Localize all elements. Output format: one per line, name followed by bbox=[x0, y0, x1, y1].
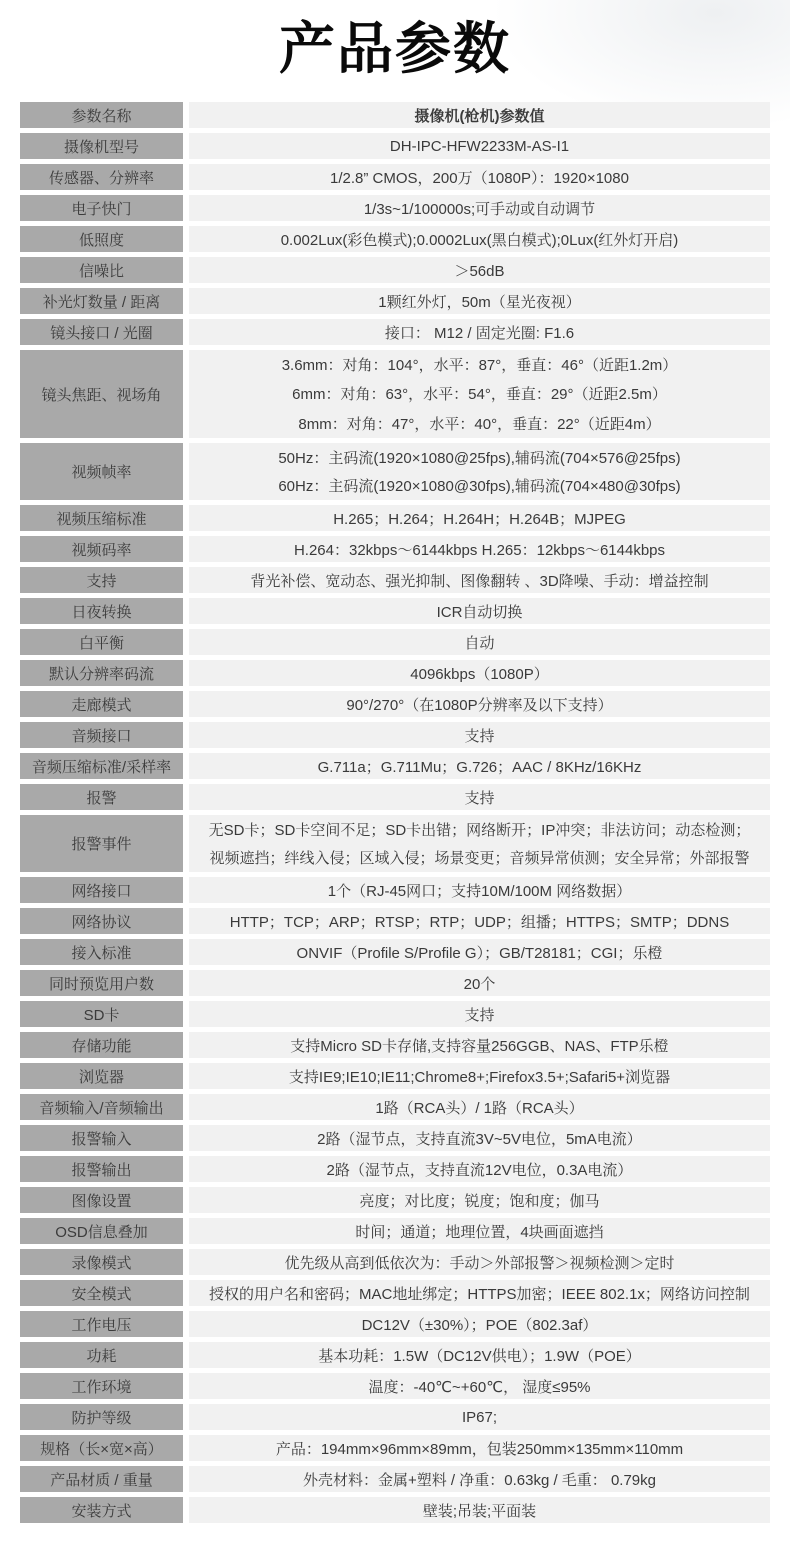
param-name-cell: 接入标准 bbox=[20, 939, 183, 965]
param-name-cell: 镜头焦距、视场角 bbox=[20, 350, 183, 438]
param-value-line: G.711a；G.711Mu；G.726；AAC / 8KHz/16KHz bbox=[195, 756, 764, 777]
param-value-cell: ICR自动切换 bbox=[189, 598, 770, 624]
param-value-line: 1个（RJ-45网口；支持10M/100M 网络数据） bbox=[195, 880, 764, 901]
table-row: 走廊模式 90°/270°（在1080P分辨率及以下支持） bbox=[20, 691, 770, 717]
param-name-cell: 安装方式 bbox=[20, 1497, 183, 1523]
param-name-cell: 报警事件 bbox=[20, 815, 183, 872]
param-value-line: 支持IE9;IE10;IE11;Chrome8+;Firefox3.5+;Saf… bbox=[195, 1066, 764, 1087]
param-value-cell: HTTP；TCP；ARP；RTSP；RTP；UDP；组播；HTTPS；SMTP；… bbox=[189, 908, 770, 934]
param-value-line: 时间；通道；地理位置，4块画面遮挡 bbox=[195, 1221, 764, 1242]
table-row: 报警输入 2路（湿节点，支持直流3V~5V电位，5mA电流） bbox=[20, 1125, 770, 1151]
param-name-cell: 音频压缩标准/采样率 bbox=[20, 753, 183, 779]
param-name-cell: 参数名称 bbox=[20, 102, 183, 128]
param-value-line: DH-IPC-HFW2233M-AS-I1 bbox=[195, 138, 764, 155]
param-value-line: 支持 bbox=[195, 1004, 764, 1025]
param-name-cell: 摄像机型号 bbox=[20, 133, 183, 159]
param-name-cell: 走廊模式 bbox=[20, 691, 183, 717]
param-value-cell: 外壳材料：金属+塑料 / 净重：0.63kg / 毛重： 0.79kg bbox=[189, 1466, 770, 1492]
param-value-cell: 1/3s~1/100000s;可手动或自动调节 bbox=[189, 195, 770, 221]
param-value-line: 60Hz：主码流(1920×1080@30fps),辅码流(704×480@30… bbox=[195, 475, 764, 496]
param-value-cell: G.711a；G.711Mu；G.726；AAC / 8KHz/16KHz bbox=[189, 753, 770, 779]
table-row: SD卡 支持 bbox=[20, 1001, 770, 1027]
param-value-cell: 支持Micro SD卡存储,支持容量256GGB、NAS、FTP乐橙 bbox=[189, 1032, 770, 1058]
param-name-cell: OSD信息叠加 bbox=[20, 1218, 183, 1244]
param-value-line: 摄像机(枪机)参数值 bbox=[195, 105, 764, 126]
param-name-cell: SD卡 bbox=[20, 1001, 183, 1027]
param-value-line: 外壳材料：金属+塑料 / 净重：0.63kg / 毛重： 0.79kg bbox=[195, 1469, 764, 1490]
param-value-cell: DH-IPC-HFW2233M-AS-I1 bbox=[189, 133, 770, 159]
param-value-cell: 2路（湿节点，支持直流3V~5V电位，5mA电流） bbox=[189, 1125, 770, 1151]
param-value-cell: 50Hz：主码流(1920×1080@25fps),辅码流(704×576@25… bbox=[189, 443, 770, 500]
table-row: 功耗 基本功耗：1.5W（DC12V供电）；1.9W（POE） bbox=[20, 1342, 770, 1368]
param-value-line: 优先级从高到低依次为：手动＞外部报警＞视频检测＞定时 bbox=[195, 1252, 764, 1273]
table-row: 音频接口 支持 bbox=[20, 722, 770, 748]
param-name-cell: 低照度 bbox=[20, 226, 183, 252]
param-value-cell: 1颗红外灯，50m（星光夜视） bbox=[189, 288, 770, 314]
param-value-cell: 壁装;吊装;平面装 bbox=[189, 1497, 770, 1523]
param-name-cell: 报警 bbox=[20, 784, 183, 810]
param-value-line: 支持Micro SD卡存储,支持容量256GGB、NAS、FTP乐橙 bbox=[195, 1035, 764, 1056]
param-name-cell: 存储功能 bbox=[20, 1032, 183, 1058]
param-value-cell: 授权的用户名和密码；MAC地址绑定；HTTPS加密；IEEE 802.1x；网络… bbox=[189, 1280, 770, 1306]
param-name-cell: 功耗 bbox=[20, 1342, 183, 1368]
table-row: 报警 支持 bbox=[20, 784, 770, 810]
param-value-line: 2路（湿节点，支持直流12V电位，0.3A电流） bbox=[195, 1159, 764, 1180]
param-name-cell: 网络协议 bbox=[20, 908, 183, 934]
param-value-cell: 摄像机(枪机)参数值 bbox=[189, 102, 770, 128]
param-value-line: 6mm：对角：63°，水平：54°，垂直：29°（近距2.5m） bbox=[195, 383, 764, 404]
param-name-cell: 视频码率 bbox=[20, 536, 183, 562]
param-value-cell: ＞56dB bbox=[189, 257, 770, 283]
param-value-line: 8mm：对角：47°，水平：40°，垂直：22°（近距4m） bbox=[195, 413, 764, 434]
table-row: 音频输入/音频输出 1路（RCA头）/ 1路（RCA头） bbox=[20, 1094, 770, 1120]
table-row: 补光灯数量 / 距离 1颗红外灯，50m（星光夜视） bbox=[20, 288, 770, 314]
table-row: 日夜转换 ICR自动切换 bbox=[20, 598, 770, 624]
param-name-cell: 视频压缩标准 bbox=[20, 505, 183, 531]
param-name-cell: 默认分辨率码流 bbox=[20, 660, 183, 686]
page-title: 产品参数 bbox=[0, 0, 790, 82]
param-value-line: ICR自动切换 bbox=[195, 601, 764, 622]
param-name-cell: 日夜转换 bbox=[20, 598, 183, 624]
table-row: 音频压缩标准/采样率 G.711a；G.711Mu；G.726；AAC / 8K… bbox=[20, 753, 770, 779]
param-value-line: 亮度；对比度；锐度；饱和度；伽马 bbox=[195, 1190, 764, 1211]
table-row: 图像设置 亮度；对比度；锐度；饱和度；伽马 bbox=[20, 1187, 770, 1213]
table-row: 视频压缩标准 H.265；H.264；H.264H；H.264B；MJPEG bbox=[20, 505, 770, 531]
param-name-cell: 补光灯数量 / 距离 bbox=[20, 288, 183, 314]
table-row: 信噪比 ＞56dB bbox=[20, 257, 770, 283]
param-value-cell: 无SD卡；SD卡空间不足；SD卡出错；网络断开；IP冲突；非法访问；动态检测；视… bbox=[189, 815, 770, 872]
table-row: 工作环境 温度：-40℃~+60℃， 湿度≤95% bbox=[20, 1373, 770, 1399]
param-value-cell: 1/2.8” CMOS，200万（1080P）：1920×1080 bbox=[189, 164, 770, 190]
param-name-cell: 音频接口 bbox=[20, 722, 183, 748]
param-name-cell: 工作环境 bbox=[20, 1373, 183, 1399]
param-value-cell: 时间；通道；地理位置，4块画面遮挡 bbox=[189, 1218, 770, 1244]
param-value-line: 温度：-40℃~+60℃， 湿度≤95% bbox=[195, 1376, 764, 1397]
param-name-cell: 报警输入 bbox=[20, 1125, 183, 1151]
table-row: 电子快门 1/3s~1/100000s;可手动或自动调节 bbox=[20, 195, 770, 221]
param-value-line: 1颗红外灯，50m（星光夜视） bbox=[195, 291, 764, 312]
param-name-cell: 同时预览用户数 bbox=[20, 970, 183, 996]
table-row: OSD信息叠加 时间；通道；地理位置，4块画面遮挡 bbox=[20, 1218, 770, 1244]
table-row: 安装方式 壁装;吊装;平面装 bbox=[20, 1497, 770, 1523]
param-value-cell: 1路（RCA头）/ 1路（RCA头） bbox=[189, 1094, 770, 1120]
param-name-cell: 规格（长×宽×高） bbox=[20, 1435, 183, 1461]
table-row: 支持 背光补偿、宽动态、强光抑制、图像翻转 、3D降噪、手动：增益控制 bbox=[20, 567, 770, 593]
param-value-cell: 优先级从高到低依次为：手动＞外部报警＞视频检测＞定时 bbox=[189, 1249, 770, 1275]
param-value-line: 20个 bbox=[195, 973, 764, 994]
param-value-line: 1/2.8” CMOS，200万（1080P）：1920×1080 bbox=[195, 167, 764, 188]
table-row: 同时预览用户数 20个 bbox=[20, 970, 770, 996]
table-row: 低照度 0.002Lux(彩色模式);0.0002Lux(黑白模式);0Lux(… bbox=[20, 226, 770, 252]
param-name-cell: 图像设置 bbox=[20, 1187, 183, 1213]
table-row: 传感器、分辨率 1/2.8” CMOS，200万（1080P）：1920×108… bbox=[20, 164, 770, 190]
param-value-line: 视频遮挡；绊线入侵；区域入侵；场景变更；音频异常侦测；安全异常；外部报警 bbox=[195, 847, 764, 868]
param-value-cell: 亮度；对比度；锐度；饱和度；伽马 bbox=[189, 1187, 770, 1213]
param-value-cell: 1个（RJ-45网口；支持10M/100M 网络数据） bbox=[189, 877, 770, 903]
param-value-line: H.264：32kbps～6144kbps H.265：12kbps～6144k… bbox=[195, 539, 764, 560]
param-value-line: 壁装;吊装;平面装 bbox=[195, 1500, 764, 1521]
param-value-cell: 2路（湿节点，支持直流12V电位，0.3A电流） bbox=[189, 1156, 770, 1182]
param-value-line: 基本功耗：1.5W（DC12V供电）；1.9W（POE） bbox=[195, 1345, 764, 1366]
table-row: 规格（长×宽×高） 产品：194mm×96mm×89mm，包装250mm×135… bbox=[20, 1435, 770, 1461]
param-value-cell: 基本功耗：1.5W（DC12V供电）；1.9W（POE） bbox=[189, 1342, 770, 1368]
param-value-line: 自动 bbox=[195, 632, 764, 653]
param-value-line: 4096kbps（1080P） bbox=[195, 663, 764, 684]
param-value-cell: 支持 bbox=[189, 1001, 770, 1027]
param-value-cell: IP67; bbox=[189, 1404, 770, 1430]
param-value-cell: 产品：194mm×96mm×89mm，包装250mm×135mm×110mm bbox=[189, 1435, 770, 1461]
table-row: 白平衡 自动 bbox=[20, 629, 770, 655]
param-name-cell: 视频帧率 bbox=[20, 443, 183, 500]
param-value-line: ＞56dB bbox=[195, 260, 764, 281]
param-value-line: 支持 bbox=[195, 725, 764, 746]
param-name-cell: 录像模式 bbox=[20, 1249, 183, 1275]
param-value-cell: DC12V（±30%）；POE（802.3af） bbox=[189, 1311, 770, 1337]
param-name-cell: 产品材质 / 重量 bbox=[20, 1466, 183, 1492]
table-row: 摄像机型号 DH-IPC-HFW2233M-AS-I1 bbox=[20, 133, 770, 159]
param-value-line: 支持 bbox=[195, 787, 764, 808]
param-value-line: 2路（湿节点，支持直流3V~5V电位，5mA电流） bbox=[195, 1128, 764, 1149]
param-name-cell: 报警输出 bbox=[20, 1156, 183, 1182]
table-row: 录像模式 优先级从高到低依次为：手动＞外部报警＞视频检测＞定时 bbox=[20, 1249, 770, 1275]
table-row: 存储功能 支持Micro SD卡存储,支持容量256GGB、NAS、FTP乐橙 bbox=[20, 1032, 770, 1058]
param-name-cell: 信噪比 bbox=[20, 257, 183, 283]
param-value-line: 1/3s~1/100000s;可手动或自动调节 bbox=[195, 198, 764, 219]
param-name-cell: 镜头接口 / 光圈 bbox=[20, 319, 183, 345]
param-value-line: 3.6mm：对角：104°，水平：87°，垂直：46°（近距1.2m） bbox=[195, 354, 764, 375]
param-value-cell: 3.6mm：对角：104°，水平：87°，垂直：46°（近距1.2m）6mm：对… bbox=[189, 350, 770, 438]
param-name-cell: 安全模式 bbox=[20, 1280, 183, 1306]
param-value-cell: 自动 bbox=[189, 629, 770, 655]
table-row: 报警输出 2路（湿节点，支持直流12V电位，0.3A电流） bbox=[20, 1156, 770, 1182]
param-value-line: HTTP；TCP；ARP；RTSP；RTP；UDP；组播；HTTPS；SMTP；… bbox=[195, 911, 764, 932]
table-row: 镜头接口 / 光圈 接口： M12 / 固定光圈: F1.6 bbox=[20, 319, 770, 345]
param-value-cell: H.265；H.264；H.264H；H.264B；MJPEG bbox=[189, 505, 770, 531]
param-value-cell: 支持 bbox=[189, 722, 770, 748]
table-row: 视频码率 H.264：32kbps～6144kbps H.265：12kbps～… bbox=[20, 536, 770, 562]
param-name-cell: 防护等级 bbox=[20, 1404, 183, 1430]
param-name-cell: 支持 bbox=[20, 567, 183, 593]
table-row: 防护等级 IP67; bbox=[20, 1404, 770, 1430]
param-value-line: DC12V（±30%）；POE（802.3af） bbox=[195, 1314, 764, 1335]
param-name-cell: 工作电压 bbox=[20, 1311, 183, 1337]
param-value-cell: 温度：-40℃~+60℃， 湿度≤95% bbox=[189, 1373, 770, 1399]
param-name-cell: 传感器、分辨率 bbox=[20, 164, 183, 190]
param-value-cell: 支持 bbox=[189, 784, 770, 810]
param-value-line: 接口： M12 / 固定光圈: F1.6 bbox=[195, 322, 764, 343]
param-value-cell: 4096kbps（1080P） bbox=[189, 660, 770, 686]
param-name-cell: 白平衡 bbox=[20, 629, 183, 655]
table-row: 镜头焦距、视场角 3.6mm：对角：104°，水平：87°，垂直：46°（近距1… bbox=[20, 350, 770, 438]
param-name-cell: 浏览器 bbox=[20, 1063, 183, 1089]
param-value-cell: 20个 bbox=[189, 970, 770, 996]
table-row: 安全模式 授权的用户名和密码；MAC地址绑定；HTTPS加密；IEEE 802.… bbox=[20, 1280, 770, 1306]
param-name-cell: 网络接口 bbox=[20, 877, 183, 903]
param-value-line: 1路（RCA头）/ 1路（RCA头） bbox=[195, 1097, 764, 1118]
table-row: 接入标准 ONVIF（Profile S/Profile G）；GB/T2818… bbox=[20, 939, 770, 965]
table-row: 视频帧率 50Hz：主码流(1920×1080@25fps),辅码流(704×5… bbox=[20, 443, 770, 500]
param-value-cell: ONVIF（Profile S/Profile G）；GB/T28181；CGI… bbox=[189, 939, 770, 965]
table-row: 参数名称 摄像机(枪机)参数值 bbox=[20, 102, 770, 128]
param-value-line: 0.002Lux(彩色模式);0.0002Lux(黑白模式);0Lux(红外灯开… bbox=[195, 229, 764, 250]
param-value-cell: 接口： M12 / 固定光圈: F1.6 bbox=[189, 319, 770, 345]
param-value-line: 90°/270°（在1080P分辨率及以下支持） bbox=[195, 694, 764, 715]
spec-sheet-page: 产品参数 参数名称 摄像机(枪机)参数值 摄像机型号 DH-IPC-HFW223… bbox=[0, 0, 790, 1559]
param-value-cell: 90°/270°（在1080P分辨率及以下支持） bbox=[189, 691, 770, 717]
param-value-cell: 支持IE9;IE10;IE11;Chrome8+;Firefox3.5+;Saf… bbox=[189, 1063, 770, 1089]
param-value-line: 授权的用户名和密码；MAC地址绑定；HTTPS加密；IEEE 802.1x；网络… bbox=[195, 1283, 764, 1304]
param-value-line: 背光补偿、宽动态、强光抑制、图像翻转 、3D降噪、手动：增益控制 bbox=[195, 570, 764, 591]
param-value-line: H.265；H.264；H.264H；H.264B；MJPEG bbox=[195, 508, 764, 529]
param-value-line: 产品：194mm×96mm×89mm，包装250mm×135mm×110mm bbox=[195, 1438, 764, 1459]
param-value-line: 50Hz：主码流(1920×1080@25fps),辅码流(704×576@25… bbox=[195, 447, 764, 468]
param-name-cell: 音频输入/音频输出 bbox=[20, 1094, 183, 1120]
param-value-cell: 背光补偿、宽动态、强光抑制、图像翻转 、3D降噪、手动：增益控制 bbox=[189, 567, 770, 593]
table-row: 工作电压 DC12V（±30%）；POE（802.3af） bbox=[20, 1311, 770, 1337]
param-value-line: 无SD卡；SD卡空间不足；SD卡出错；网络断开；IP冲突；非法访问；动态检测； bbox=[195, 819, 764, 840]
table-row: 网络协议 HTTP；TCP；ARP；RTSP；RTP；UDP；组播；HTTPS；… bbox=[20, 908, 770, 934]
table-row: 网络接口 1个（RJ-45网口；支持10M/100M 网络数据） bbox=[20, 877, 770, 903]
table-row: 产品材质 / 重量 外壳材料：金属+塑料 / 净重：0.63kg / 毛重： 0… bbox=[20, 1466, 770, 1492]
table-row: 默认分辨率码流 4096kbps（1080P） bbox=[20, 660, 770, 686]
param-value-cell: 0.002Lux(彩色模式);0.0002Lux(黑白模式);0Lux(红外灯开… bbox=[189, 226, 770, 252]
table-row: 报警事件 无SD卡；SD卡空间不足；SD卡出错；网络断开；IP冲突；非法访问；动… bbox=[20, 815, 770, 872]
param-value-cell: H.264：32kbps～6144kbps H.265：12kbps～6144k… bbox=[189, 536, 770, 562]
table-row: 浏览器 支持IE9;IE10;IE11;Chrome8+;Firefox3.5+… bbox=[20, 1063, 770, 1089]
param-value-line: ONVIF（Profile S/Profile G）；GB/T28181；CGI… bbox=[195, 942, 764, 963]
param-value-line: IP67; bbox=[195, 1409, 764, 1426]
spec-table: 参数名称 摄像机(枪机)参数值 摄像机型号 DH-IPC-HFW2233M-AS… bbox=[20, 102, 770, 1523]
param-name-cell: 电子快门 bbox=[20, 195, 183, 221]
